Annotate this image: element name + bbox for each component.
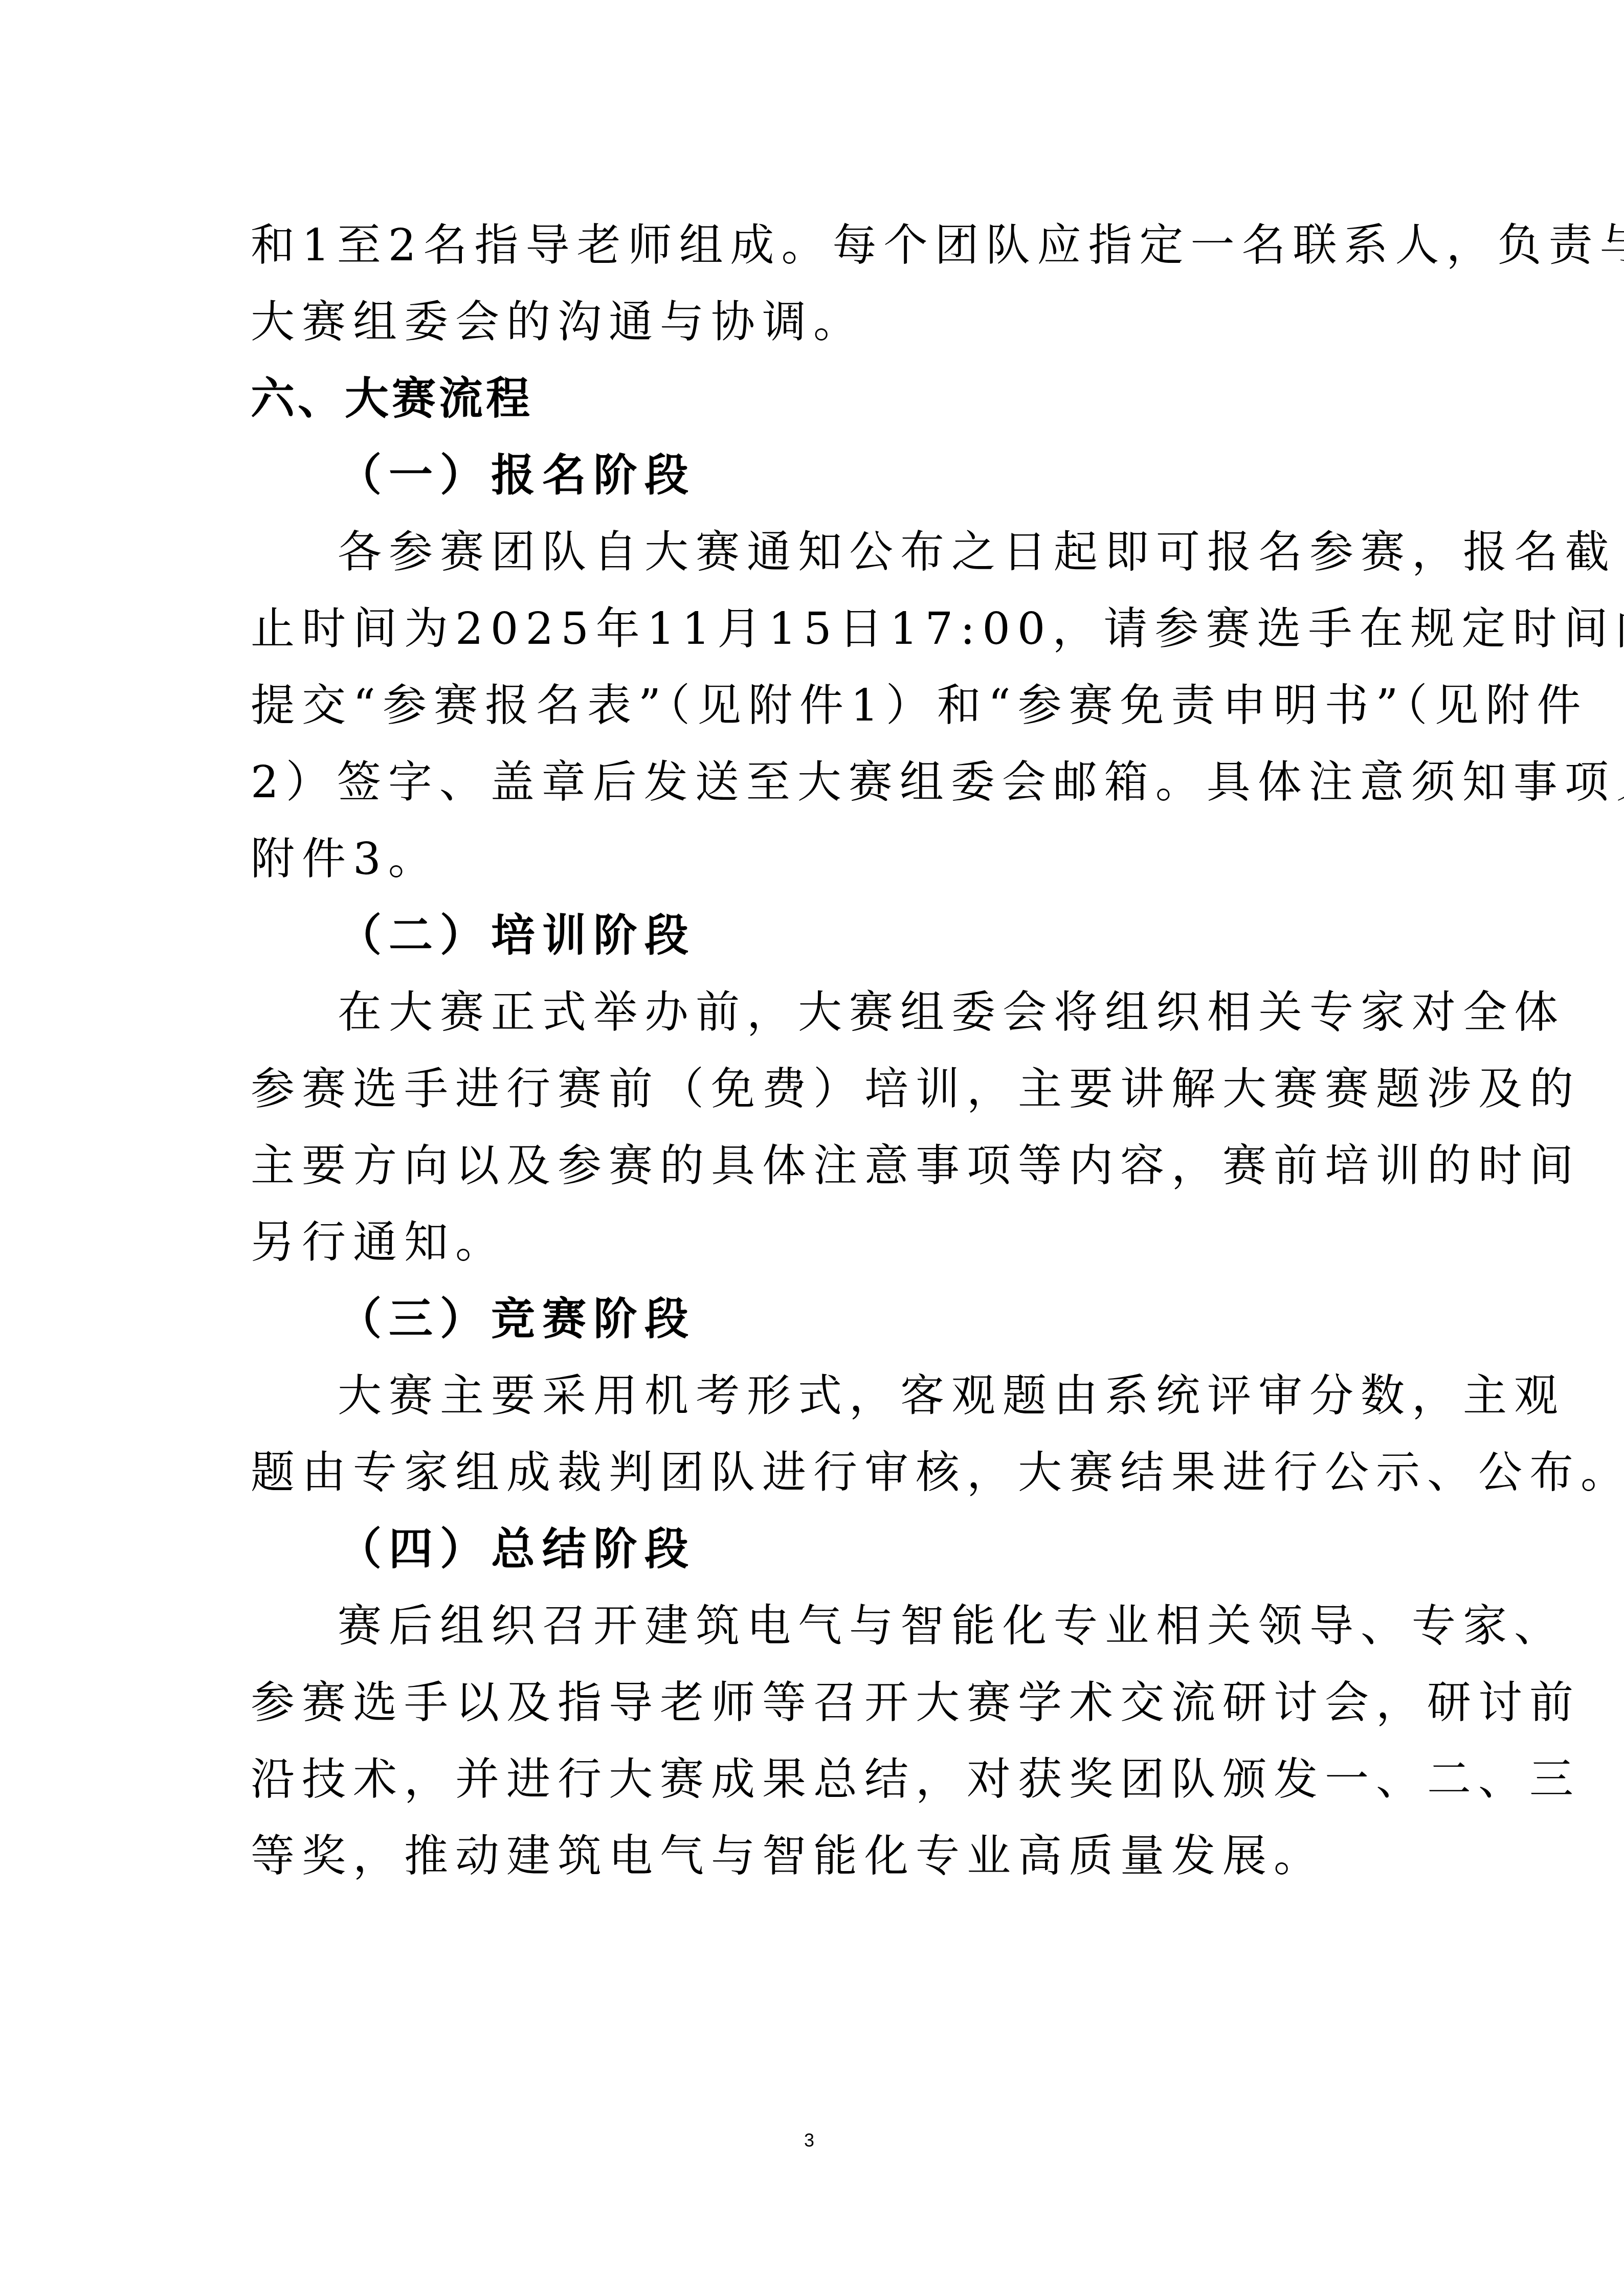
paragraph-line: 参赛选手以及指导老师等召开大赛学术交流研讨会，研讨前 <box>251 1672 1581 1734</box>
paragraph-line: 各参赛团队自大赛通知公布之日起即可报名参赛，报名截 <box>338 522 1616 583</box>
paragraph-line: 主要方向以及参赛的具体注意事项等内容，赛前培训的时间 <box>251 1135 1581 1197</box>
paragraph-line: 沿技术，并进行大赛成果总结，对获奖团队颁发一、二、三 <box>251 1749 1581 1810</box>
subsection-title: （二）培训阶段 <box>338 905 696 966</box>
paragraph-line: 题由专家组成裁判团队进行审核，大赛结果进行公示、公布。 <box>251 1442 1624 1503</box>
intro-line: 和1至2名指导老师组成。每个团队应指定一名联系人，负责与 <box>251 215 1624 276</box>
subsection-title: （一）报名阶段 <box>338 445 696 506</box>
paragraph-line: 在大赛正式举办前，大赛组委会将组织相关专家对全体 <box>338 982 1565 1043</box>
paragraph-line: 止时间为2025年11月15日17:00，请参赛选手在规定时间内填写、 <box>251 598 1624 660</box>
page-number: 3 <box>804 2130 814 2151</box>
paragraph-line: 附件3。 <box>251 828 439 890</box>
paragraph-line: 另行通知。 <box>251 1212 506 1273</box>
paragraph-line: 大赛主要采用机考形式，客观题由系统评审分数，主观 <box>338 1365 1565 1427</box>
intro-line: 大赛组委会的沟通与协调。 <box>251 291 864 353</box>
section-heading: 六、大赛流程 <box>251 368 533 430</box>
paragraph-line: 等奖，推动建筑电气与智能化专业高质量发展。 <box>251 1826 1325 1887</box>
paragraph-line: 参赛选手进行赛前（免费）培训，主要讲解大赛赛题涉及的 <box>251 1059 1581 1120</box>
document-page: 和1至2名指导老师组成。每个团队应指定一名联系人，负责与 大赛组委会的沟通与协调… <box>0 0 1624 2296</box>
paragraph-line: 2）签字、盖章后发送至大赛组委会邮箱。具体注意须知事项见 <box>251 752 1624 813</box>
paragraph-line: 提交“参赛报名表”（见附件1）和“参赛免责申明书”（见附件 <box>251 675 1588 736</box>
subsection-title: （三）竞赛阶段 <box>338 1289 696 1350</box>
subsection-title: （四）总结阶段 <box>338 1519 696 1580</box>
paragraph-line: 赛后组织召开建筑电气与智能化专业相关领导、专家、 <box>338 1595 1565 1657</box>
